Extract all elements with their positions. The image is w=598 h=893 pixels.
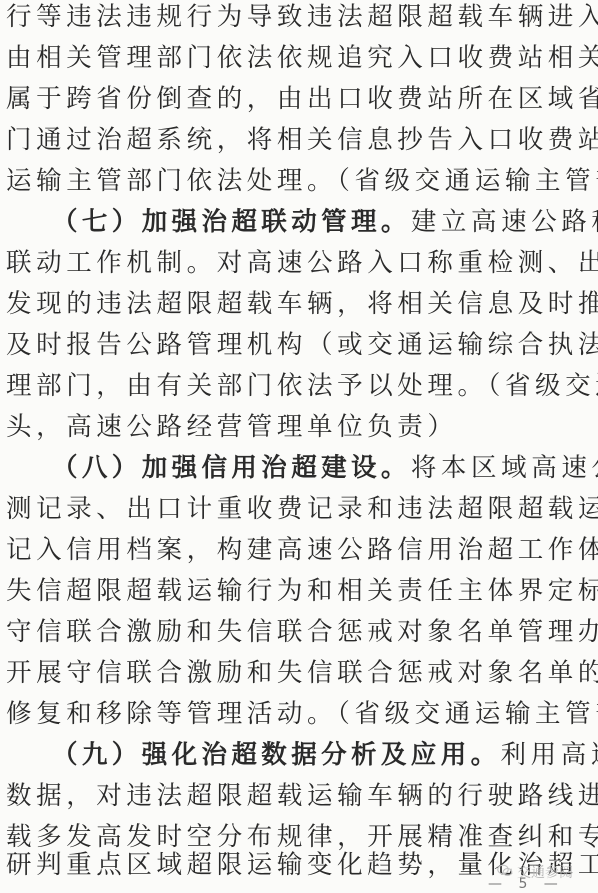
text-line: 测记录、出口计重收费记录和违法超限超载运输车辆处罚信息等 bbox=[6, 494, 594, 524]
text-line: 开展守信联合激励和失信联合惩戒对象名单的认定、发布、奖惩、 bbox=[6, 658, 594, 688]
text-line: 数据，对违法超限超载运输车辆的行驶路线进行回溯，分析超限超 bbox=[6, 781, 594, 811]
section-heading-9: （九）强化治超数据分析及应用。 bbox=[52, 740, 501, 770]
section-9-first-line: （九）强化治超数据分析及应用。利用高速公路称重检测相关 bbox=[52, 740, 594, 770]
text-line: 守信联合激励和失信联合惩戒对象名单管理办法（试行）》等，组织 bbox=[6, 617, 594, 647]
text-line: 修复和移除等管理活动。（省级交通运输主管部门负责） bbox=[6, 699, 594, 729]
text-line: 载多发高发时空分布规律，开展精准查纠和专项整治。通过分析 bbox=[6, 822, 594, 852]
text-line: 记入信用档案，构建高速公路信用治超工作体系。按照严重违法 bbox=[6, 535, 594, 565]
text-span: 利用高速公路称重检测相关 bbox=[501, 740, 598, 770]
text-line: 理部门，由有关部门依法予以处理。（省级交通运输主管部门牵 bbox=[6, 371, 594, 401]
text-line: 失信超限超载运输行为和相关责任主体界定标准，以及《交通运输 bbox=[6, 576, 594, 606]
text-line: 属于跨省份倒查的，由出口收费站所在区域省级交通运输主管部 bbox=[6, 84, 594, 114]
document-page: 行等违法违规行为导致违法超限超载车辆进入高速公路行驶的， 由相关管理部门依法依规… bbox=[0, 0, 598, 893]
text-line: 门通过治超系统，将相关信息抄告入口收费站所在区域省级交通 bbox=[6, 125, 594, 155]
text-line: 联动工作机制。对高速公路入口称重检测、出口计重收费工作中 bbox=[6, 248, 594, 278]
text-line: 及时报告公路管理机构（或交通运输综合执法机构）和公安交通管 bbox=[6, 330, 594, 360]
text-line: 行等违法违规行为导致违法超限超载车辆进入高速公路行驶的， bbox=[6, 2, 594, 32]
text-line: 运输主管部门依法处理。（省级交通运输主管部门负责） bbox=[6, 166, 594, 196]
text-line: 发现的违法超限超载车辆，将相关信息及时推送省级治超系统，并 bbox=[6, 289, 594, 319]
text-line: 由相关管理部门依法依规追究入口收费站相关单位和人员责任。 bbox=[6, 43, 594, 73]
section-heading-8: （八）加强信用治超建设。 bbox=[52, 453, 411, 483]
section-7-first-line: （七）加强治超联动管理。建立高速公路称重检测与治超执法 bbox=[52, 207, 594, 237]
text-span: 将本区域高速公路所有入口称重检 bbox=[411, 453, 598, 483]
section-heading-7: （七）加强治超联动管理。 bbox=[52, 207, 411, 237]
page-number: — 5 — bbox=[488, 876, 564, 892]
text-span: 建立高速公路称重检测与治超执法 bbox=[411, 207, 598, 237]
text-line: 头，高速公路经营管理单位负责） bbox=[6, 412, 594, 442]
section-8-first-line: （八）加强信用治超建设。将本区域高速公路所有入口称重检 bbox=[52, 453, 594, 483]
